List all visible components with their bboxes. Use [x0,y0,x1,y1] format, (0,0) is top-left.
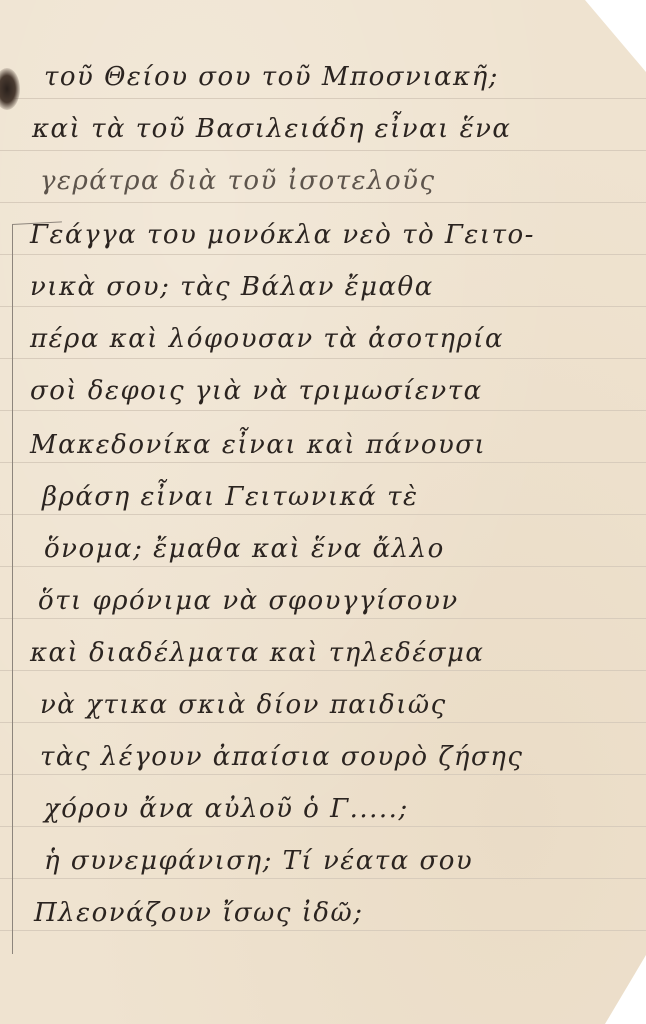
handwritten-line-5: νικὰ σου; τὰς Βάλαν ἔμαθα [30,274,434,300]
handwritten-line-1: τοῦ Θείου σου τοῦ Μποσνιακῆ; [44,64,499,90]
handwritten-line-9: βράση εἶναι Γειτωνικά τὲ [42,484,418,510]
ruled-line [0,566,646,567]
handwritten-line-6: πέρα καὶ λόφουσαν τὰ ἀσοτηρία [30,326,504,352]
handwritten-line-17: Πλεονάζουν ἴσως ἰδῶ; [34,900,364,926]
handwritten-line-14: τὰς λέγουν ἀπαίσια σουρὸ ζήσης [40,744,523,770]
ruled-line [0,670,646,671]
ruled-line [0,358,646,359]
handwritten-line-4: Γεάγγα του μονόκλα νεὸ τὸ Γειτο- [30,222,535,248]
ruled-line [0,878,646,879]
ruled-line [0,306,646,307]
ruled-line [0,98,646,99]
ink-blot [0,68,20,110]
handwritten-line-7: σοὶ δεφοις γιὰ νὰ τριμωσίεντα [30,378,483,404]
handwritten-line-12: καὶ διαδέλματα καὶ τηλεδέσμα [30,640,484,666]
ruled-line [0,410,646,411]
ruled-line [0,514,646,515]
ruled-line [0,202,646,203]
handwritten-line-13: νὰ χτικα σκιὰ δίον παιδιῶς [40,692,447,718]
letter-page: τοῦ Θείου σου τοῦ Μποσνιακῆ; καὶ τὰ τοῦ … [0,0,646,1024]
handwritten-line-2: καὶ τὰ τοῦ Βασιλειάδη εἶναι ἕνα [32,116,511,142]
ruled-line [0,722,646,723]
handwritten-line-15: χόρου ἄνα αὐλοῦ ὁ Γ.....; [44,796,409,822]
ruled-line [0,826,646,827]
ruled-line [0,774,646,775]
ruled-line [0,462,646,463]
ruled-line [0,618,646,619]
handwritten-line-8: Μακεδονίκα εἶναι καὶ πάνουσι [30,432,486,458]
handwritten-line-11: ὅτι φρόνιμα νὰ σφουγγίσουν [38,588,459,614]
handwritten-line-10: ὅνομα; ἔμαθα καὶ ἕνα ἄλλο [44,536,445,562]
ruled-line [0,930,646,931]
ruled-line [0,254,646,255]
ruled-line [0,150,646,151]
margin-bracket-line [12,224,13,954]
handwritten-line-16: ἡ συνεμφάνιση; Τί νέατα σου [44,848,473,874]
handwritten-line-3: γεράτρα διὰ τοῦ ἰσοτελοῦς [40,168,436,194]
